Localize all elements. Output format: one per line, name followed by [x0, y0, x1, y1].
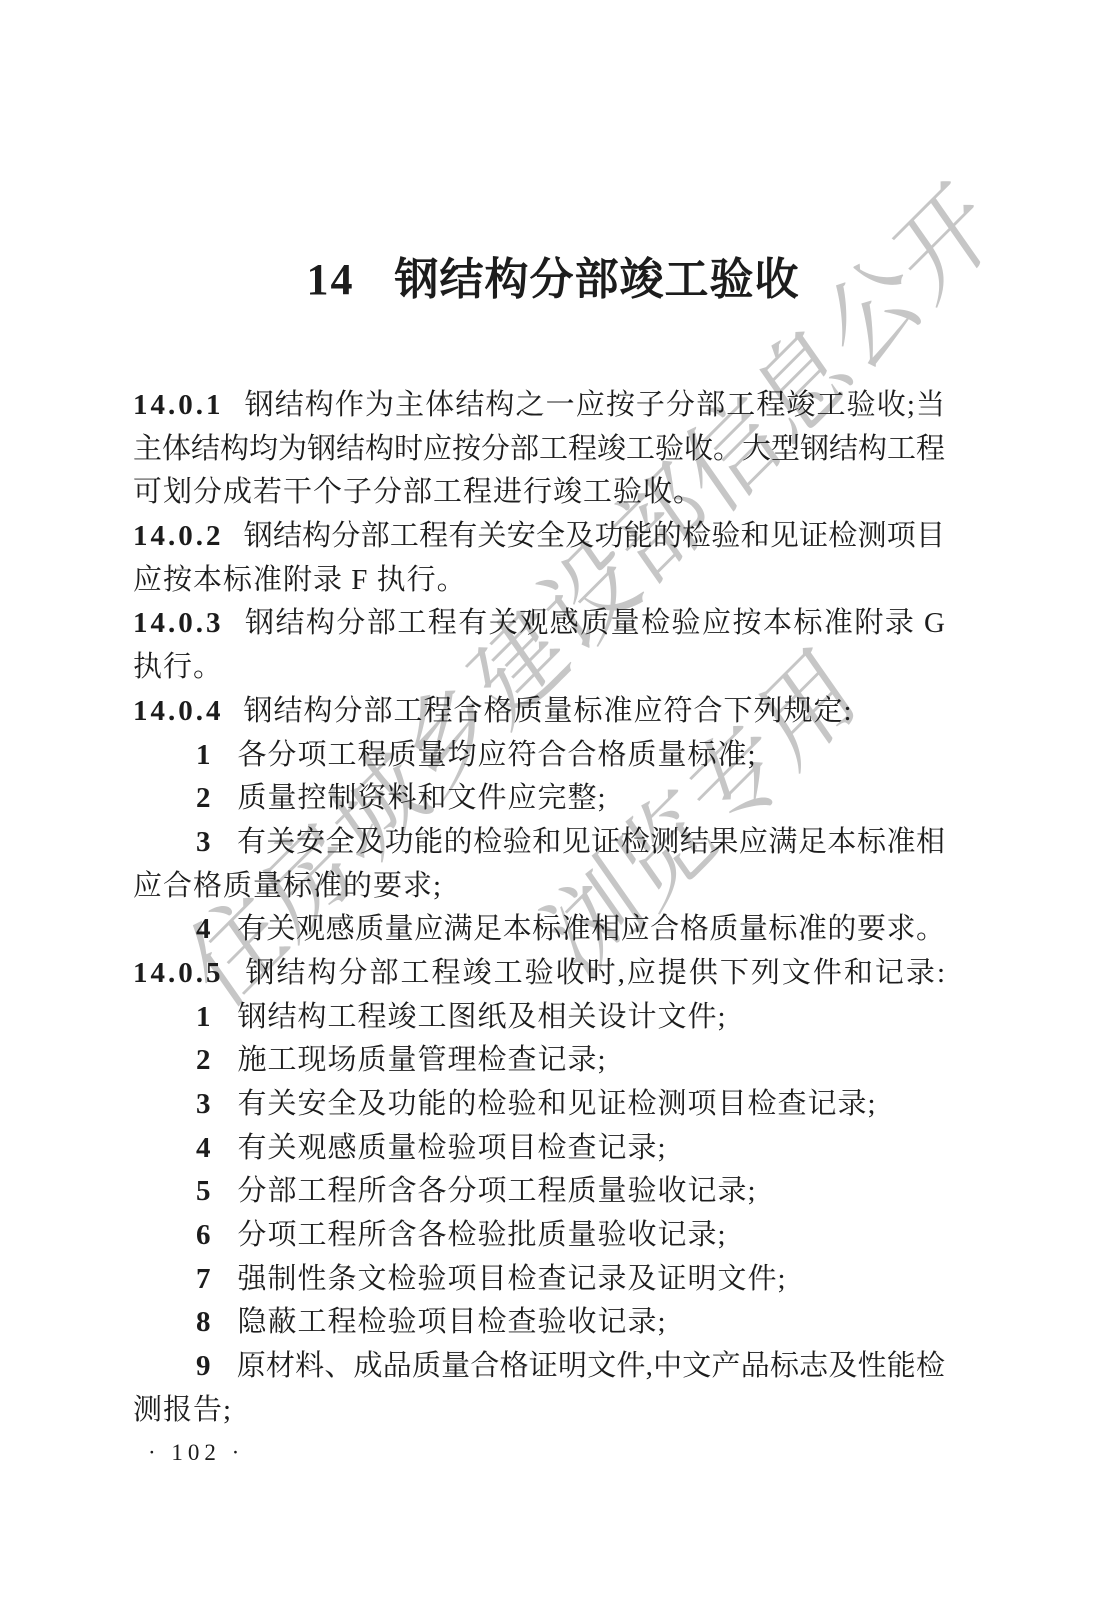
clause-number: 14.0.2 [133, 520, 224, 552]
item-number: 1 [196, 739, 212, 771]
line-text: 钢结构分部工程合格质量标准应符合下列规定: [244, 695, 853, 727]
list-item-line: 8隐蔽工程检验项目检查验收记录; [133, 1301, 945, 1345]
item-number: 3 [196, 826, 211, 858]
line-text: 可划分成若干个子分部工程进行竣工验收。 [133, 476, 703, 508]
line-text: 钢结构作为主体结构之一应按子分部工程竣工验收;当 [244, 389, 946, 421]
line-text: 隐蔽工程检验项目检查验收记录; [238, 1306, 667, 1338]
list-item-line: 7强制性条文检验项目检查记录及证明文件; [133, 1258, 945, 1302]
item-number: 2 [196, 782, 212, 814]
chapter-number: 14 [307, 255, 355, 304]
line-text: 钢结构分部工程有关观感质量检验应按本标准附录 G [244, 607, 946, 639]
item-number: 6 [196, 1219, 212, 1251]
line-text: 主体结构均为钢结构时应按分部工程竣工验收。大型钢结构工程 [133, 433, 945, 465]
line-text: 各分项工程质量均应符合合格质量标准; [238, 739, 757, 771]
line-text: 钢结构工程竣工图纸及相关设计文件; [238, 1001, 727, 1033]
list-item-line: 9原材料、成品质量合格证明文件,中文产品标志及性能检 [133, 1345, 945, 1389]
list-item-line: 1各分项工程质量均应符合合格质量标准; [133, 734, 945, 778]
line-text: 施工现场质量管理检查记录; [238, 1044, 607, 1076]
line-text: 有关安全及功能的检验和见证检测结果应满足本标准相 [237, 826, 946, 858]
clause-line: 14.0.1钢结构作为主体结构之一应按子分部工程竣工验收;当 [133, 384, 945, 428]
continuation-line: 主体结构均为钢结构时应按分部工程竣工验收。大型钢结构工程 [133, 428, 945, 472]
continuation-line: 应按本标准附录 F 执行。 [133, 559, 945, 603]
clause-line: 14.0.3钢结构分部工程有关观感质量检验应按本标准附录 G [133, 602, 945, 646]
line-text: 钢结构分部工程竣工验收时,应提供下列文件和记录: [244, 957, 946, 989]
chapter-title-text: 钢结构分部竣工验收 [395, 255, 800, 304]
item-number: 7 [196, 1263, 212, 1295]
continuation-line: 应合格质量标准的要求; [133, 865, 945, 909]
item-number: 5 [196, 1175, 212, 1207]
line-text: 测报告; [133, 1394, 232, 1426]
list-item-line: 4有关观感质量应满足本标准相应合格质量标准的要求。 [133, 908, 945, 952]
line-text: 有关观感质量检验项目检查记录; [238, 1132, 667, 1164]
continuation-line: 执行。 [133, 646, 945, 690]
body-text: 14.0.1钢结构作为主体结构之一应按子分部工程竣工验收;当主体结构均为钢结构时… [133, 384, 945, 1433]
item-number: 9 [196, 1350, 211, 1382]
list-item-line: 5分部工程所含各分项工程质量验收记录; [133, 1170, 945, 1214]
list-item-line: 1钢结构工程竣工图纸及相关设计文件; [133, 996, 945, 1040]
clause-line: 14.0.5钢结构分部工程竣工验收时,应提供下列文件和记录: [133, 952, 945, 996]
list-item-line: 6分项工程所含各检验批质量验收记录; [133, 1214, 945, 1258]
page-number: · 102 · [148, 1440, 244, 1466]
line-text: 钢结构分部工程有关安全及功能的检验和见证检测项目 [244, 520, 946, 552]
line-text: 强制性条文检验项目检查记录及证明文件; [238, 1263, 787, 1295]
line-text: 分部工程所含各分项工程质量验收记录; [238, 1175, 757, 1207]
line-text: 分项工程所含各检验批质量验收记录; [238, 1219, 727, 1251]
item-number: 4 [196, 1132, 212, 1164]
item-number: 4 [196, 913, 211, 945]
list-item-line: 2施工现场质量管理检查记录; [133, 1039, 945, 1083]
clause-line: 14.0.4钢结构分部工程合格质量标准应符合下列规定: [133, 690, 945, 734]
list-item-line: 3有关安全及功能的检验和见证检测结果应满足本标准相 [133, 821, 945, 865]
line-text: 有关安全及功能的检验和见证检测项目检查记录; [238, 1088, 877, 1120]
continuation-line: 测报告; [133, 1389, 945, 1433]
document-page: 住房城乡建设部信息公开 浏览专用 14钢结构分部竣工验收 14.0.1钢结构作为… [0, 0, 1106, 1598]
item-number: 8 [196, 1306, 212, 1338]
clause-number: 14.0.3 [133, 607, 224, 639]
line-text: 有关观感质量应满足本标准相应合格质量标准的要求。 [237, 913, 946, 945]
item-number: 2 [196, 1044, 212, 1076]
clause-line: 14.0.2钢结构分部工程有关安全及功能的检验和见证检测项目 [133, 515, 945, 559]
clause-number: 14.0.4 [133, 695, 224, 727]
list-item-line: 3有关安全及功能的检验和见证检测项目检查记录; [133, 1083, 945, 1127]
item-number: 3 [196, 1088, 212, 1120]
continuation-line: 可划分成若干个子分部工程进行竣工验收。 [133, 471, 945, 515]
clause-number: 14.0.1 [133, 389, 224, 421]
list-item-line: 2质量控制资料和文件应完整; [133, 777, 945, 821]
line-text: 质量控制资料和文件应完整; [238, 782, 607, 814]
line-text: 应合格质量标准的要求; [133, 870, 442, 902]
chapter-heading: 14钢结构分部竣工验收 [0, 243, 1106, 307]
list-item-line: 4有关观感质量检验项目检查记录; [133, 1127, 945, 1171]
line-text: 应按本标准附录 F 执行。 [133, 564, 467, 596]
line-text: 执行。 [133, 651, 223, 683]
clause-number: 14.0.5 [133, 957, 224, 989]
line-text: 原材料、成品质量合格证明文件,中文产品标志及性能检 [237, 1350, 946, 1382]
item-number: 1 [196, 1001, 212, 1033]
